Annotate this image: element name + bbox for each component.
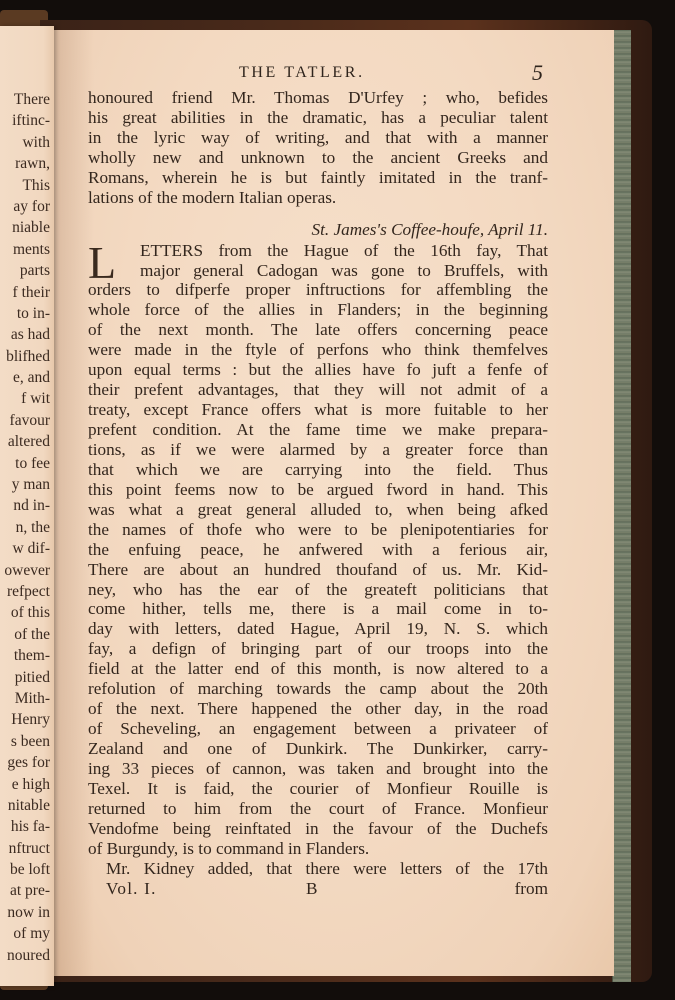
page-footer: Vol. I. B from <box>88 879 548 899</box>
left-page-line-fragment: his fa- <box>4 816 50 837</box>
left-page-line-fragment: them- <box>4 645 50 666</box>
left-page-line-fragment: iftinc- <box>4 110 50 131</box>
left-page-line-fragment: ay for <box>4 196 50 217</box>
text-line: of the next. There happened the other da… <box>88 699 548 719</box>
left-page-line-fragment: owever <box>4 560 50 581</box>
running-head: THE TATLER. 5 <box>54 62 614 86</box>
text-line: his great abilities in the dramatic, has… <box>88 108 548 128</box>
text-line: of Burgundy, is to command in Flanders. <box>88 839 548 859</box>
text-line: in the lyric way of writing, and that wi… <box>88 128 548 148</box>
left-page-line-fragment: be loft <box>4 859 50 880</box>
left-page-line-fragment: e high <box>4 774 50 795</box>
text-line: come hither, tells me, there is a mail c… <box>88 599 548 619</box>
text-line: refolution of marching towards the camp … <box>88 679 548 699</box>
left-page-line-fragment: to in- <box>4 303 50 324</box>
left-page-line-fragment: rawn, <box>4 153 50 174</box>
left-page-line-fragment: pitied <box>4 667 50 688</box>
left-page-line-fragment: Henry <box>4 709 50 730</box>
text-line: their prefent advantages, that they will… <box>88 380 548 400</box>
left-page-line-fragment: to fee <box>4 453 50 474</box>
text-line: Vendofme being reinftated in the favour … <box>88 819 548 839</box>
left-page-fragment: Thereiftinc-withrawn,Thisay forniablemen… <box>0 26 54 986</box>
text-line: wholly new and unknown to the ancient Gr… <box>88 148 548 168</box>
left-page-line-fragment: s been <box>4 731 50 752</box>
text-line: of the next month. The late offers conce… <box>88 320 548 340</box>
article-second-line: major general Cadogan was gone to Bruffe… <box>88 261 548 281</box>
text-line: lations of the modern Italian operas. <box>88 188 548 208</box>
left-page-text: Thereiftinc-withrawn,Thisay forniablemen… <box>4 89 50 966</box>
left-page-line-fragment: f wit <box>4 388 50 409</box>
text-line: ing 33 pieces of cannon, was taken and b… <box>88 759 548 779</box>
text-line: the names of thofe who were to be plenip… <box>88 520 548 540</box>
book-photograph: Thereiftinc-withrawn,Thisay forniablemen… <box>0 0 675 1000</box>
text-line: orders to difperfe proper inftructions f… <box>88 280 548 300</box>
left-page-line-fragment: y man <box>4 474 50 495</box>
text-line: treaty, except France offers what is mor… <box>88 400 548 420</box>
left-page-line-fragment: favour <box>4 410 50 431</box>
text-line: Zealand and one of Dunkirk. The Dunkirke… <box>88 739 548 759</box>
text-line: that which we are carrying into the fiel… <box>88 460 548 480</box>
page-number: 5 <box>532 60 543 86</box>
left-page-line-fragment: noured <box>4 945 50 966</box>
left-page-line-fragment: now in <box>4 902 50 923</box>
right-page: THE TATLER. 5 honoured friend Mr. Thomas… <box>54 30 614 976</box>
text-line: upon equal terms : but the allies have f… <box>88 360 548 380</box>
left-page-line-fragment: with <box>4 132 50 153</box>
left-page-line-fragment: niable <box>4 217 50 238</box>
text-line: day with letters, dated Hague, April 19,… <box>88 619 548 639</box>
left-page-line-fragment: of this <box>4 602 50 623</box>
text-line: of Scheveling, an engagement between a p… <box>88 719 548 739</box>
left-page-line-fragment: of my <box>4 923 50 944</box>
left-page-line-fragment: There <box>4 89 50 110</box>
left-page-line-fragment: nitable <box>4 795 50 816</box>
body-text: honoured friend Mr. Thomas D'Urfey ; who… <box>88 88 548 899</box>
running-title: THE TATLER. <box>239 64 365 82</box>
article-first-line: L ETTERS from the Hague of the 16th fay,… <box>88 241 548 261</box>
text-line: There are about an hundred thoufand of u… <box>88 560 548 580</box>
next-paragraph-line: Mr. Kidney added, that there were letter… <box>88 859 548 879</box>
text-line: prefent condition. At the fame time we m… <box>88 420 548 440</box>
left-page-line-fragment: of the <box>4 624 50 645</box>
left-page-line-fragment: n, the <box>4 517 50 538</box>
text-line: ney, who has the ear of the greateft pol… <box>88 580 548 600</box>
text-line: whole force of the allies in Flanders; i… <box>88 300 548 320</box>
drop-cap: L <box>88 243 116 283</box>
text-line: was what a great general alluded to, whe… <box>88 500 548 520</box>
left-page-line-fragment: at pre- <box>4 880 50 901</box>
left-page-line-fragment: refpect <box>4 581 50 602</box>
text-line: Texel. It is faid, the courier of Monfie… <box>88 779 548 799</box>
dateline: St. James's Coffee-houfe, April 11. <box>88 220 548 240</box>
text-line: this point feems now to be argued fword … <box>88 480 548 500</box>
text-line: fay, a defign of bringing part of our tr… <box>88 639 548 659</box>
page-block-edges <box>612 30 631 982</box>
opening-paragraph: honoured friend Mr. Thomas D'Urfey ; who… <box>88 88 548 208</box>
left-page-line-fragment: w dif- <box>4 538 50 559</box>
left-page-line-fragment: nd in- <box>4 495 50 516</box>
left-page-line-fragment: ments <box>4 239 50 260</box>
text-line: Romans, wherein he is but faintly imitat… <box>88 168 548 188</box>
article-body: orders to difperfe proper inftructions f… <box>88 280 548 858</box>
left-page-line-fragment: altered <box>4 431 50 452</box>
signature-mark: B <box>306 879 317 899</box>
left-page-line-fragment: f their <box>4 282 50 303</box>
left-page-line-fragment: e, and <box>4 367 50 388</box>
text-line: field at the latter end of this month, i… <box>88 659 548 679</box>
text-line: returned to him from the court of France… <box>88 799 548 819</box>
first-line-text: ETTERS from the Hague of the 16th fay, T… <box>140 241 548 260</box>
volume-label: Vol. I. <box>106 879 157 899</box>
text-line: were made in the ftyle of perfons who th… <box>88 340 548 360</box>
left-page-line-fragment: This <box>4 175 50 196</box>
catchword: from <box>515 879 548 899</box>
left-page-line-fragment: ges for <box>4 752 50 773</box>
left-page-line-fragment: nftruct <box>4 838 50 859</box>
left-page-line-fragment: as had <box>4 324 50 345</box>
left-page-line-fragment: Mith- <box>4 688 50 709</box>
text-line: tions, as if we were alarmed by a greate… <box>88 440 548 460</box>
text-line: honoured friend Mr. Thomas D'Urfey ; who… <box>88 88 548 108</box>
left-page-line-fragment: blifhed <box>4 346 50 367</box>
left-page-line-fragment: parts <box>4 260 50 281</box>
text-line: the enfuing peace, he anfwered with a fe… <box>88 540 548 560</box>
